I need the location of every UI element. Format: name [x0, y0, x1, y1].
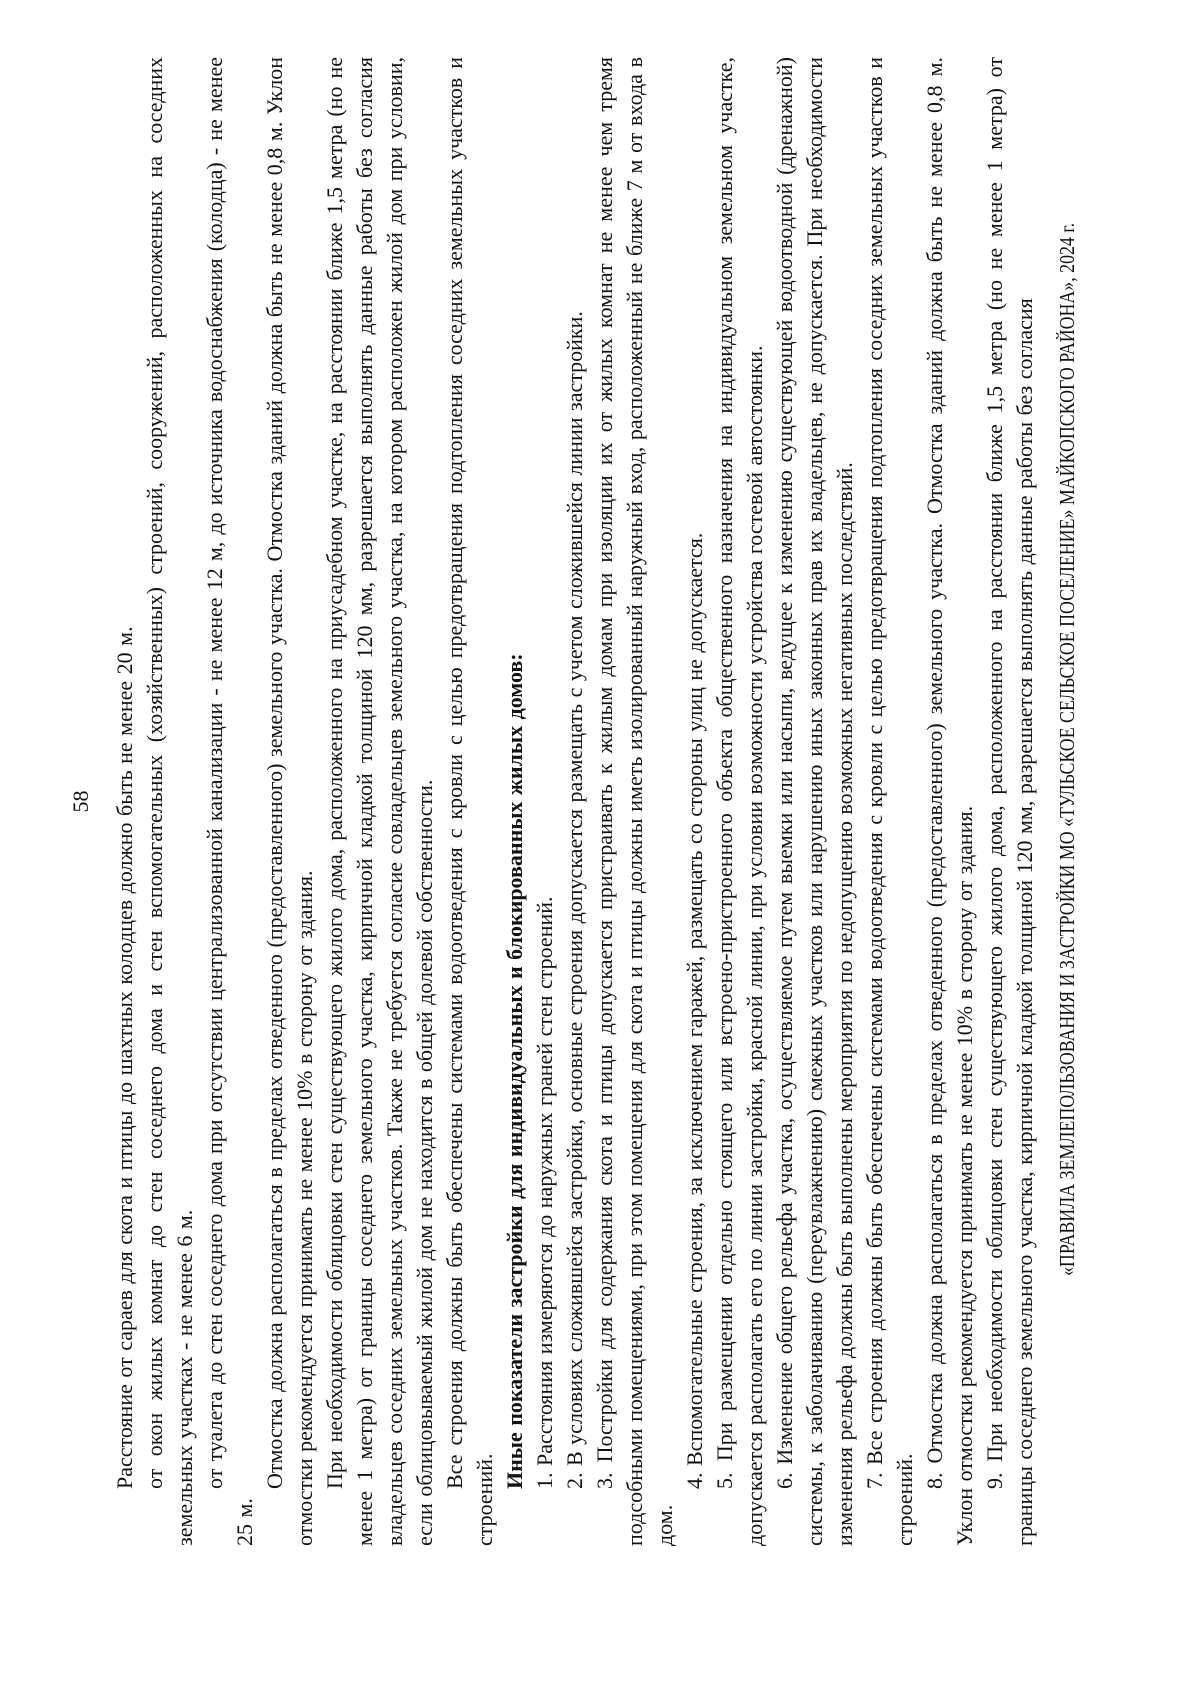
page-number: 58: [68, 57, 94, 1546]
list-item-8: 8. Отмостка должна располагаться в преде…: [920, 57, 980, 1546]
paragraph-roof-drainage: Все строения должны быть обеспечены сист…: [440, 57, 500, 1546]
list-item-9: 9. При необходимости облицовки стен суще…: [980, 57, 1040, 1546]
paragraph-setback-windows: от окон жилых комнат до стен соседнего д…: [140, 57, 200, 1546]
list-item-1: 1. Расстояния измеряются до наружных гра…: [530, 57, 560, 1546]
document-body: Расстояние от сараев для скота и птицы д…: [110, 57, 1082, 1546]
list-item-6: 6. Изменение общего рельефа участка, осу…: [770, 57, 860, 1546]
list-item-5: 5. При размещении отдельно стоящего или …: [710, 57, 770, 1546]
scanned-page-rotated: 58 Расстояние от сараев для скота и птиц…: [0, 0, 1200, 1696]
section-heading-other-indicators: Иные показатели застройки для индивидуал…: [500, 57, 530, 1546]
list-item-7: 7. Все строения должны быть обеспечены с…: [860, 57, 920, 1546]
list-item-3: 3. Постройки для содержания скота и птиц…: [590, 57, 680, 1546]
list-item-2: 2. В условиях сложившейся застройки, осн…: [560, 57, 590, 1546]
paragraph-wall-cladding: При необходимости облицовки стен существ…: [320, 57, 440, 1546]
list-item-4: 4. Вспомогательные строения, за исключен…: [680, 57, 710, 1546]
paragraph-setback-wells: Расстояние от сараев для скота и птицы д…: [110, 57, 140, 1546]
paragraph-setback-toilet: от туалета до стен соседнего дома при от…: [200, 57, 260, 1546]
paragraph-blind-area: Отмостка должна располагаться в пределах…: [260, 57, 320, 1546]
document-source-footer: «ПРАВИЛА ЗЕМЛЕПОЛЬЗОВАНИЯ И ЗАСТРОЙКИ МО…: [1052, 240, 1082, 1276]
